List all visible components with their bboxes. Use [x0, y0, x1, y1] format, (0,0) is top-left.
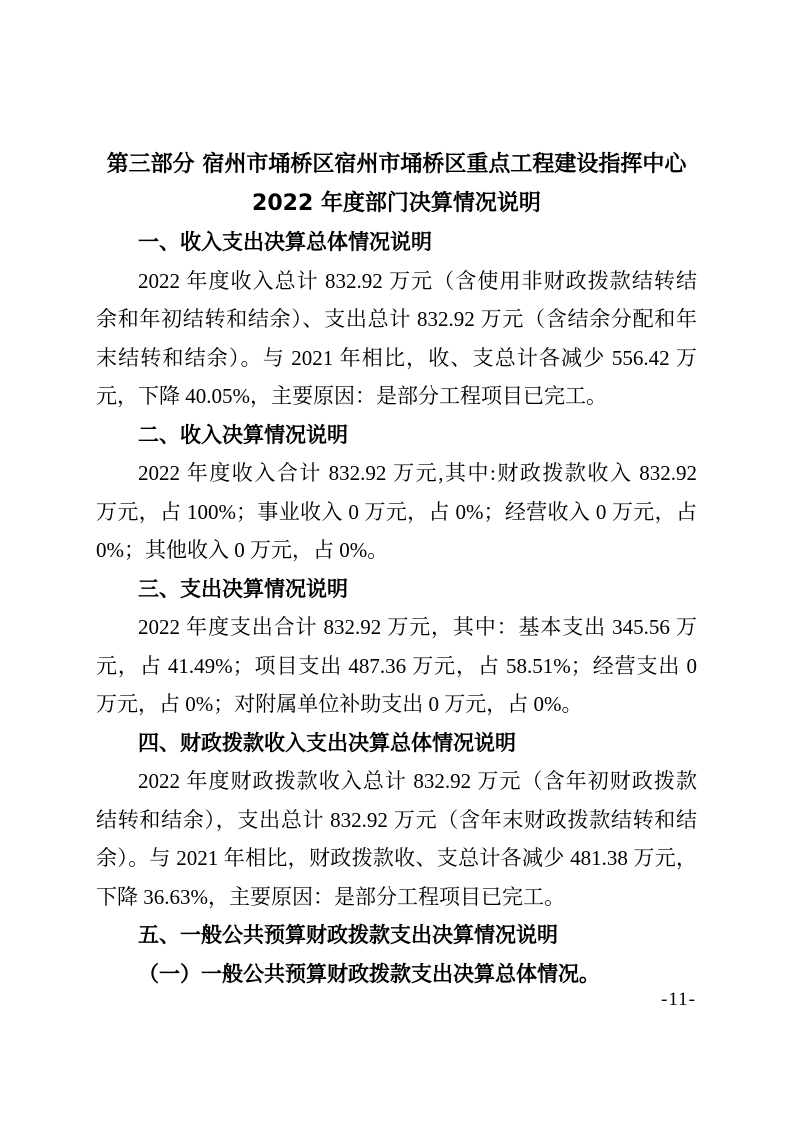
paragraph-line: 2022 年度收入合计 832.92 万元,其中:财政拨款收入 832.92 [96, 454, 697, 493]
paragraph-line: 余和年初结转和结余）、支出总计 832.92 万元（含结余分配和年 [96, 300, 697, 339]
section-heading: 五、一般公共预算财政拨款支出决算情况说明 [96, 916, 697, 955]
document-title-line-2: 2022 年度部门决算情况说明 [96, 185, 697, 224]
section-heading: （一）一般公共预算财政拨款支出决算总体情况。 [96, 955, 697, 994]
paragraph-line: 结转和结余），支出总计 832.92 万元（含年末财政拨款结转和结 [96, 801, 697, 840]
section-heading: 一、收入支出决算总体情况说明 [96, 223, 697, 262]
paragraph-line: 2022 年度支出合计 832.92 万元，其中：基本支出 345.56 万 [96, 608, 697, 647]
page-number: -11- [661, 989, 696, 1011]
paragraph-line: 余）。与 2021 年相比，财政拨款收、支总计各减少 481.38 万元， [96, 839, 697, 878]
document-page: 第三部分 宿州市埇桥区宿州市埇桥区重点工程建设指挥中心 2022 年度部门决算情… [0, 0, 793, 1122]
section-heading: 四、财政拨款收入支出决算总体情况说明 [96, 724, 697, 763]
paragraph-line: 0%；其他收入 0 万元，占 0%。 [96, 531, 697, 570]
section-heading: 三、支出决算情况说明 [96, 570, 697, 609]
paragraph-line: 2022 年度财政拨款收入总计 832.92 万元（含年初财政拨款 [96, 762, 697, 801]
paragraph-line: 元，占 41.49%；项目支出 487.36 万元，占 58.51%；经营支出 … [96, 647, 697, 686]
paragraph-line: 2022 年度收入总计 832.92 万元（含使用非财政拨款结转结 [96, 262, 697, 301]
paragraph-line: 万元，占 100%；事业收入 0 万元，占 0%；经营收入 0 万元，占 [96, 493, 697, 532]
paragraph-line: 末结转和结余）。与 2021 年相比，收、支总计各减少 556.42 万 [96, 339, 697, 378]
paragraph-line: 下降 36.63%，主要原因：是部分工程项目已完工。 [96, 878, 697, 917]
paragraph-line: 万元，占 0%；对附属单位补助支出 0 万元，占 0%。 [96, 685, 697, 724]
section-heading: 二、收入决算情况说明 [96, 416, 697, 455]
paragraph-line: 元，下降 40.05%，主要原因：是部分工程项目已完工。 [96, 377, 697, 416]
document-body: 第三部分 宿州市埇桥区宿州市埇桥区重点工程建设指挥中心 2022 年度部门决算情… [96, 146, 697, 993]
document-title-line-1: 第三部分 宿州市埇桥区宿州市埇桥区重点工程建设指挥中心 [96, 146, 697, 185]
